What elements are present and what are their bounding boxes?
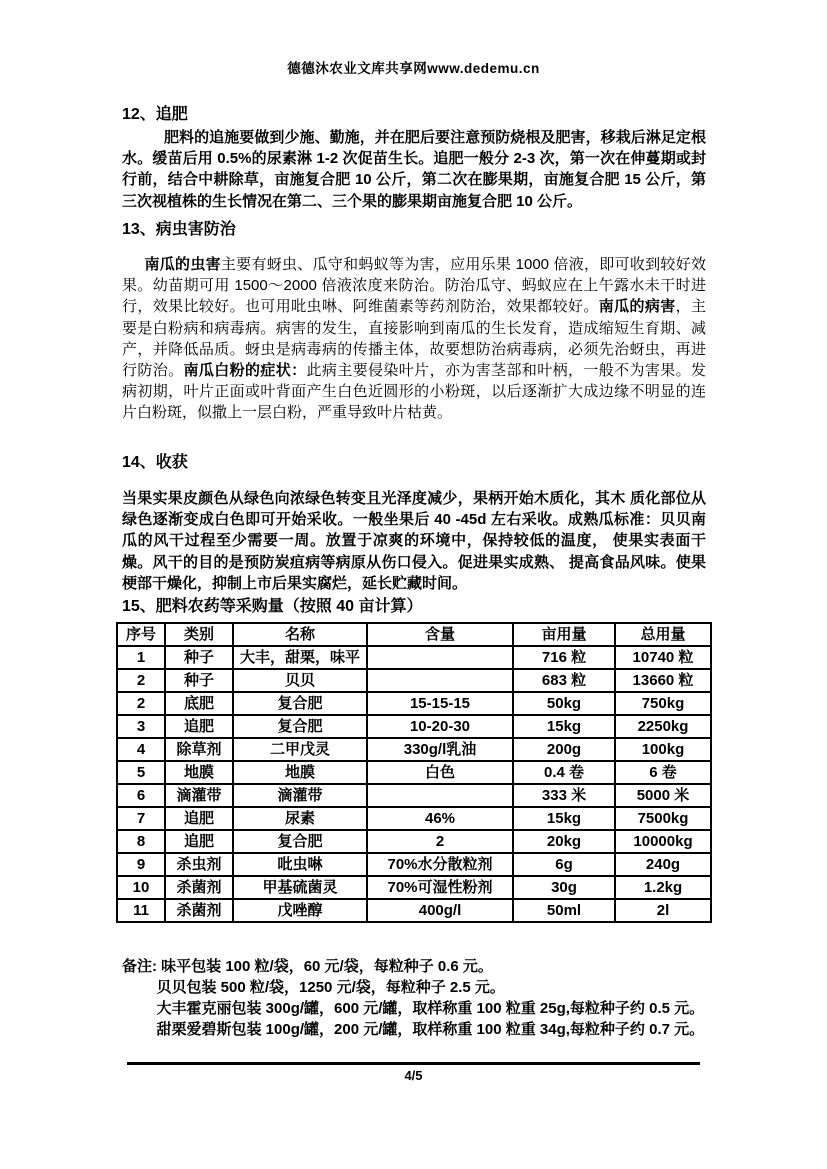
table-cell: 甲基硫菌灵 (233, 876, 367, 899)
table-cell: 13660 粒 (615, 669, 711, 692)
section-12-title: 12、追肥 (122, 104, 706, 126)
table-cell: 杀虫剂 (165, 853, 233, 876)
note-text: 味平包装 100 粒/袋，60 元/袋，每粒种子 0.6 元。 (161, 958, 493, 975)
table-row: 4除草剂二甲戊灵330g/l乳油200g100kg (117, 738, 711, 761)
table-cell: 追肥 (165, 830, 233, 853)
table-cell: 330g/l乳油 (367, 738, 513, 761)
table-cell: 7500kg (615, 807, 711, 830)
table-cell: 地膜 (233, 761, 367, 784)
table-cell: 大丰，甜栗，味平 (233, 646, 367, 669)
table-cell: 地膜 (165, 761, 233, 784)
table-cell: 70%水分散粒剂 (367, 853, 513, 876)
col-header-total: 总用量 (615, 623, 711, 646)
purchase-table-body: 1种子大丰，甜栗，味平716 粒10740 粒2种子贝贝683 粒13660 粒… (117, 646, 711, 922)
table-cell: 100kg (615, 738, 711, 761)
notes-label: 备注: (122, 958, 157, 975)
table-cell: 戊唑醇 (233, 899, 367, 922)
table-cell: 滴灌带 (233, 784, 367, 807)
table-cell: 6 卷 (615, 761, 711, 784)
table-cell: 10 (117, 876, 165, 899)
page-number: 4/5 (0, 1068, 827, 1083)
section-14-title: 14、收获 (122, 452, 706, 474)
table-cell: 追肥 (165, 715, 233, 738)
table-cell: 追肥 (165, 807, 233, 830)
table-cell: 15-15-15 (367, 692, 513, 715)
table-cell: 10000kg (615, 830, 711, 853)
note-line: 备注: 味平包装 100 粒/袋，60 元/袋，每粒种子 0.6 元。 (122, 956, 706, 977)
table-row: 8追肥复合肥220kg10000kg (117, 830, 711, 853)
table-header-row: 序号 类别 名称 含量 亩用量 总用量 (117, 623, 711, 646)
table-cell: 种子 (165, 669, 233, 692)
table-cell: 2l (615, 899, 711, 922)
section-13-paragraph: 南瓜的虫害主要有蚜虫、瓜守和蚂蚁等为害，应用乐果 1000 倍液，即可收到较好效… (122, 254, 706, 424)
table-cell: 70%可湿性粉剂 (367, 876, 513, 899)
table-cell: 5 (117, 761, 165, 784)
table-row: 2底肥复合肥15-15-1550kg750kg (117, 692, 711, 715)
table-cell: 3 (117, 715, 165, 738)
table-cell: 6g (513, 853, 615, 876)
table-row: 11杀菌剂戊唑醇400g/l50ml2l (117, 899, 711, 922)
table-row: 6滴灌带滴灌带333 米5000 米 (117, 784, 711, 807)
table-cell: 滴灌带 (165, 784, 233, 807)
table-cell: 尿素 (233, 807, 367, 830)
table-cell: 1.2kg (615, 876, 711, 899)
table-cell: 4 (117, 738, 165, 761)
table-cell: 白色 (367, 761, 513, 784)
table-row: 2种子贝贝683 粒13660 粒 (117, 669, 711, 692)
table-row: 10杀菌剂甲基硫菌灵70%可湿性粉剂30g1.2kg (117, 876, 711, 899)
table-cell: 8 (117, 830, 165, 853)
table-cell: 240g (615, 853, 711, 876)
col-header-per-mu: 亩用量 (513, 623, 615, 646)
table-cell: 吡虫啉 (233, 853, 367, 876)
bold-run: 南瓜的病害 (599, 298, 676, 315)
table-cell: 11 (117, 899, 165, 922)
table-row: 7追肥尿素46%15kg7500kg (117, 807, 711, 830)
table-cell: 底肥 (165, 692, 233, 715)
table-cell: 20kg (513, 830, 615, 853)
table-cell: 200g (513, 738, 615, 761)
table-row: 3追肥复合肥10-20-3015kg2250kg (117, 715, 711, 738)
table-cell: 2250kg (615, 715, 711, 738)
bold-run: 南瓜的虫害 (145, 256, 221, 273)
table-cell: 杀菌剂 (165, 899, 233, 922)
section-14-paragraph: 当果实果皮颜色从绿色向浓绿色转变且光泽度减少，果柄开始木质化，其木 质化部位从绿… (122, 488, 706, 594)
table-cell: 复合肥 (233, 692, 367, 715)
footer-divider (127, 1062, 700, 1065)
table-cell: 除草剂 (165, 738, 233, 761)
col-header-name: 名称 (233, 623, 367, 646)
table-cell: 10-20-30 (367, 715, 513, 738)
table-cell: 6 (117, 784, 165, 807)
table-cell: 杀菌剂 (165, 876, 233, 899)
section-12-paragraph: 肥料的追施要做到少施、勤施，并在肥后要注意预防烧根及肥害，移栽后淋足定根水。缓苗… (122, 127, 706, 212)
table-cell: 复合肥 (233, 830, 367, 853)
table-cell: 15kg (513, 715, 615, 738)
table-cell: 750kg (615, 692, 711, 715)
table-cell (367, 669, 513, 692)
table-cell: 0.4 卷 (513, 761, 615, 784)
table-cell: 333 米 (513, 784, 615, 807)
table-row: 5地膜地膜白色0.4 卷6 卷 (117, 761, 711, 784)
purchase-table: 序号 类别 名称 含量 亩用量 总用量 1种子大丰，甜栗，味平716 粒1074… (116, 622, 712, 923)
table-cell (367, 646, 513, 669)
table-cell (367, 784, 513, 807)
table-cell: 400g/l (367, 899, 513, 922)
table-cell: 46% (367, 807, 513, 830)
col-header-index: 序号 (117, 623, 165, 646)
col-header-content: 含量 (367, 623, 513, 646)
table-cell: 复合肥 (233, 715, 367, 738)
table-cell: 5000 米 (615, 784, 711, 807)
table-cell: 10740 粒 (615, 646, 711, 669)
table-row: 9杀虫剂吡虫啉70%水分散粒剂6g240g (117, 853, 711, 876)
table-cell: 15kg (513, 807, 615, 830)
table-cell: 2 (367, 830, 513, 853)
table-cell: 种子 (165, 646, 233, 669)
document-page: 德德沐农业文库共享网www.dedemu.cn 12、追肥 肥料的追施要做到少施… (0, 0, 827, 1169)
table-cell: 683 粒 (513, 669, 615, 692)
bold-run: 南瓜白粉的症状： (184, 362, 307, 379)
table-cell: 50ml (513, 899, 615, 922)
table-cell: 1 (117, 646, 165, 669)
section-13-title: 13、病虫害防治 (122, 219, 706, 241)
section-15-title: 15、肥料农药等采购量（按照 40 亩计算） (122, 596, 706, 618)
site-header-text: 德德沐农业文库共享网www.dedemu.cn (0, 57, 827, 77)
purchase-table-head: 序号 类别 名称 含量 亩用量 总用量 (117, 623, 711, 646)
note-line: 大丰霍克丽包装 300g/罐，600 元/罐，取样称重 100 粒重 25g,每… (122, 998, 706, 1019)
table-cell: 2 (117, 692, 165, 715)
table-cell: 9 (117, 853, 165, 876)
note-line: 甜栗爱碧斯包装 100g/罐，200 元/罐，取样称重 100 粒重 34g,每… (122, 1019, 706, 1040)
table-cell: 50kg (513, 692, 615, 715)
note-line: 贝贝包装 500 粒/袋，1250 元/袋，每粒种子 2.5 元。 (122, 977, 706, 998)
notes-block: 备注: 味平包装 100 粒/袋，60 元/袋，每粒种子 0.6 元。 贝贝包装… (122, 956, 706, 1040)
col-header-category: 类别 (165, 623, 233, 646)
table-cell: 30g (513, 876, 615, 899)
table-row: 1种子大丰，甜栗，味平716 粒10740 粒 (117, 646, 711, 669)
table-cell: 二甲戊灵 (233, 738, 367, 761)
table-cell: 贝贝 (233, 669, 367, 692)
table-cell: 7 (117, 807, 165, 830)
table-cell: 716 粒 (513, 646, 615, 669)
table-cell: 2 (117, 669, 165, 692)
